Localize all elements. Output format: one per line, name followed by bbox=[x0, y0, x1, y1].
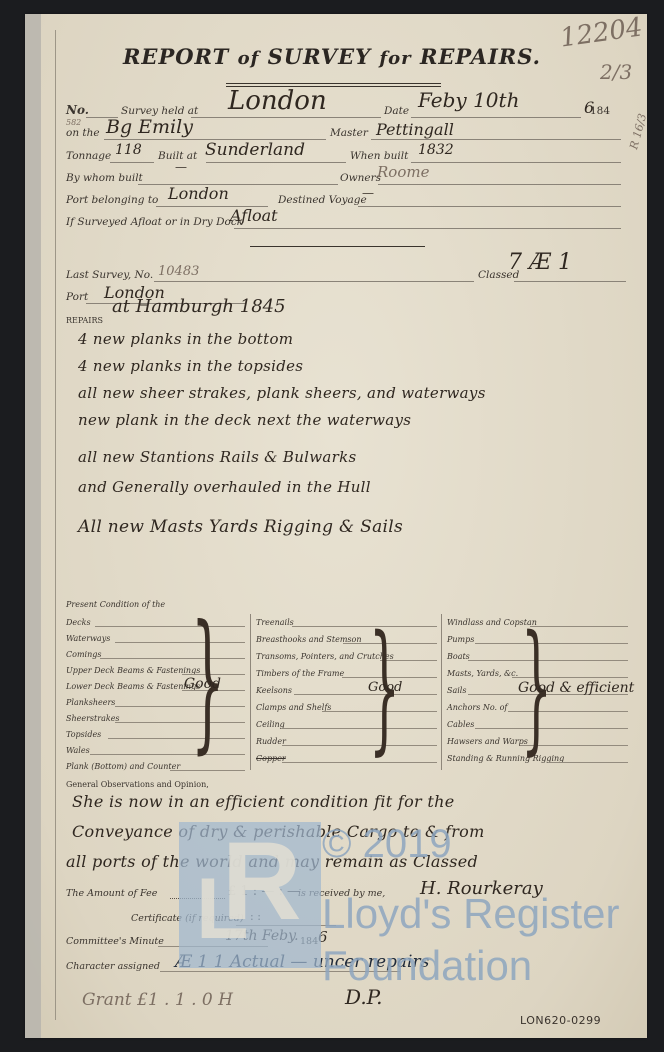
condition-line bbox=[282, 745, 437, 746]
voyage-line bbox=[358, 206, 621, 207]
when-built-line bbox=[411, 162, 621, 163]
owners-line bbox=[378, 184, 621, 185]
document-title: REPORT of SURVEY for REPAIRS. bbox=[0, 44, 664, 69]
condition-item: Treenails bbox=[256, 618, 294, 627]
repairs-line: 4 new planks in the bottom bbox=[78, 330, 293, 348]
afloat-value[interactable]: Afloat bbox=[230, 206, 278, 225]
condition-line bbox=[294, 694, 437, 695]
repairs-line: 4 new planks in the topsides bbox=[78, 357, 303, 375]
condition-item: Masts, Yards, &c. bbox=[447, 669, 518, 678]
title-repairs: REPAIRS. bbox=[420, 44, 541, 69]
survey-held-value[interactable]: London bbox=[228, 86, 327, 116]
column-divider bbox=[250, 614, 251, 770]
by-whom-built-label: By whom built bbox=[66, 172, 143, 184]
condition-item: Waterways bbox=[66, 634, 110, 643]
condition-line bbox=[108, 738, 245, 739]
condition-line bbox=[115, 706, 245, 707]
repairs-heading: at Hamburgh 1845 bbox=[112, 296, 286, 317]
condition-item: Planksheers bbox=[66, 698, 115, 707]
year-suffix[interactable]: 6 bbox=[584, 98, 594, 117]
watermark-line1: Lloyd's Register bbox=[322, 890, 620, 938]
watermark-line2: Foundation bbox=[322, 942, 532, 990]
port-belonging-label: Port belonging to bbox=[66, 194, 158, 206]
port-belonging-value[interactable]: London bbox=[168, 184, 229, 203]
tonnage-line bbox=[110, 162, 154, 163]
condition-item: Lower Deck Beams & Fastenings bbox=[66, 682, 200, 691]
watermark-copyright: © 2019 bbox=[322, 822, 452, 867]
watermark-letter-r: R bbox=[222, 818, 301, 945]
destined-voyage-label: Destined Voyage bbox=[278, 194, 367, 206]
condition-line bbox=[282, 728, 437, 729]
owners-value[interactable]: Roome bbox=[377, 163, 429, 181]
title-for: for bbox=[379, 48, 411, 69]
tonnage-value[interactable]: 118 bbox=[115, 142, 142, 158]
date-line bbox=[411, 117, 581, 118]
col2-condition-value[interactable]: Good bbox=[368, 680, 402, 695]
master-value[interactable]: Pettingall bbox=[376, 120, 454, 139]
title-report: REPORT bbox=[123, 44, 229, 69]
destined-voyage-value[interactable]: — bbox=[362, 186, 374, 200]
repairs-line: All new Masts Yards Rigging & Sails bbox=[78, 517, 403, 537]
condition-line bbox=[282, 762, 437, 763]
port-label: Port bbox=[66, 291, 88, 303]
built-at-value[interactable]: Sunderland bbox=[205, 140, 305, 160]
repairs-line: new plank in the deck next the waterways bbox=[78, 411, 411, 429]
condition-item: Boats bbox=[447, 652, 470, 661]
when-built-value[interactable]: 1832 bbox=[418, 142, 454, 158]
condition-item: Wales bbox=[66, 746, 90, 755]
condition-line bbox=[170, 770, 245, 771]
condition-item: Clamps and Shelfs bbox=[256, 703, 331, 712]
condition-item: Sails bbox=[447, 686, 466, 695]
row-port: Port belonging to Destined Voyage bbox=[66, 188, 621, 208]
builder-value[interactable]: — bbox=[175, 160, 187, 174]
title-rule bbox=[226, 83, 441, 84]
classed-value[interactable]: 7 Æ 1 bbox=[508, 250, 572, 275]
condition-item: Comings bbox=[66, 650, 101, 659]
binding-tape bbox=[25, 14, 41, 1038]
title-survey: SURVEY bbox=[268, 44, 371, 69]
col1-condition-value[interactable]: Good bbox=[184, 676, 221, 692]
owners-label: Owners bbox=[340, 172, 381, 184]
repairs-line: all new sheer strakes, plank sheers, and… bbox=[78, 384, 486, 402]
condition-item: Keelsons bbox=[256, 686, 292, 695]
condition-item: Ceiling bbox=[256, 720, 285, 729]
survey-held-line bbox=[191, 117, 381, 118]
condition-item: Upper Deck Beams & Fastenings bbox=[66, 666, 200, 675]
title-of: of bbox=[238, 48, 260, 69]
row-tonnage: Tonnage Built at When built bbox=[66, 144, 621, 164]
no-label: No. bbox=[66, 103, 89, 117]
when-built-label: When built bbox=[350, 150, 408, 162]
repairs-line: and Generally overhauled in the Hull bbox=[78, 478, 371, 496]
date-value[interactable]: Feby 10th bbox=[418, 88, 519, 112]
last-survey-value[interactable]: 10483 bbox=[158, 264, 199, 279]
observations-label: General Observations and Opinion, bbox=[66, 780, 209, 789]
classed-line bbox=[514, 281, 626, 282]
minute-label: Committee's Minute bbox=[66, 936, 164, 947]
fee-label: The Amount of Fee bbox=[66, 888, 157, 899]
column-divider bbox=[441, 614, 442, 770]
afloat-label: If Surveyed Afloat or in Dry Dock bbox=[66, 216, 243, 228]
condition-line bbox=[292, 626, 437, 627]
row-builder: By whom built Owners bbox=[66, 166, 621, 186]
afloat-line bbox=[234, 228, 621, 229]
condition-item: Hawsers and Warps bbox=[447, 737, 528, 746]
footer-note: Grant £1 . 1 . 0 H bbox=[82, 990, 233, 1010]
condition-item: Pumps bbox=[447, 635, 474, 644]
master-label: Master bbox=[330, 127, 368, 139]
built-at-line bbox=[206, 162, 346, 163]
repairs-line: all new Stantions Rails & Bulwarks bbox=[78, 448, 357, 466]
character-label: Character assigned bbox=[66, 961, 160, 972]
condition-item: Cables bbox=[447, 720, 474, 729]
condition-item: Plank (Bottom) and Counter bbox=[66, 762, 180, 771]
observation-line: She is now in an efficient condition fit… bbox=[72, 792, 454, 811]
condition-line bbox=[115, 722, 245, 723]
condition-item: Timbers of the Frame bbox=[256, 669, 344, 678]
row-afloat: If Surveyed Afloat or in Dry Dock bbox=[66, 210, 621, 230]
section-rule bbox=[250, 246, 425, 247]
repairs-label: REPAIRS bbox=[66, 316, 103, 325]
col3-condition-value[interactable]: Good & efficient bbox=[518, 680, 634, 696]
reference-code: LON620-0299 bbox=[520, 1014, 601, 1027]
last-survey-label: Last Survey, No. bbox=[66, 269, 153, 281]
condition-item: Topsides bbox=[66, 730, 101, 739]
last-survey-line bbox=[154, 281, 474, 282]
condition-item: Decks bbox=[66, 618, 91, 627]
on-the-label: on the bbox=[66, 127, 100, 139]
condition-item: Anchors No. of bbox=[447, 703, 507, 712]
margin-rule bbox=[55, 30, 56, 1020]
tonnage-label: Tonnage bbox=[66, 150, 111, 162]
condition-line bbox=[115, 642, 245, 643]
condition-heading: Present Condition of the bbox=[66, 600, 165, 609]
master-line bbox=[371, 139, 621, 140]
condition-item: Sheerstrakes bbox=[66, 714, 120, 723]
condition-line bbox=[550, 762, 628, 763]
date-label: Date bbox=[384, 105, 409, 117]
vessel-value[interactable]: Bg Emily bbox=[106, 116, 193, 138]
